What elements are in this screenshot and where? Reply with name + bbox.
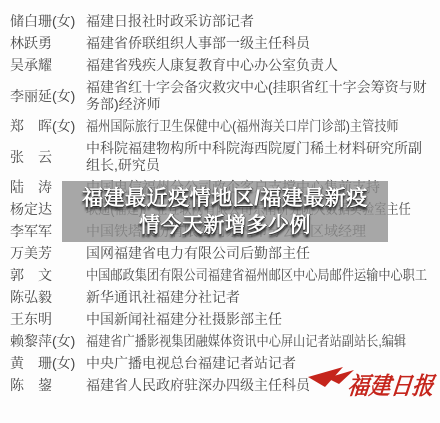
staff-name: 陈弘毅 — [10, 289, 86, 306]
staff-title: 中国邮政集团有限公司福建省福州邮区中心局邮件运输中心职工 — [86, 267, 440, 284]
staff-title: 福建省广播影视集团融媒体资讯中心屏山记者站副站长,编辑 — [86, 333, 440, 350]
staff-name: 储白珊(女) — [10, 13, 86, 30]
staff-title-text: 国网福建省电力有限公司后勤部主任 — [86, 245, 310, 261]
staff-title-text: 福建省残疾人康复教育中心办公室负责人 — [86, 57, 338, 73]
staff-title: 福建日报社时政采访部记者 — [86, 13, 434, 30]
staff-title: 中国新闻社福建分社摄影部主任 — [86, 311, 434, 328]
staff-title-text: 福州国际旅行卫生保健中心(福州海关口岸门诊部)主管技师 — [86, 118, 399, 135]
staff-name: 王东明 — [10, 311, 86, 328]
staff-row: 陈弘毅 新华通讯社福建分社记者 — [10, 289, 434, 306]
fujian-daily-logo: 福建日报 — [308, 364, 438, 404]
staff-title-text: 新华通讯社福建分社记者 — [86, 289, 240, 305]
staff-title: 新华通讯社福建分社记者 — [86, 289, 434, 306]
staff-title-text: 福建省广播影视集团融媒体资讯中心屏山记者站副站长,编辑 — [86, 333, 406, 350]
staff-title-text: 福建省人民政府驻深办四级主任科员 — [86, 377, 310, 393]
staff-name: 郭 文 — [10, 267, 86, 284]
staff-row: 王东明 中国新闻社福建分社摄影部主任 — [10, 311, 434, 328]
staff-name: 张 云 — [10, 149, 86, 166]
staff-title-text: 中科院福建物构所中科院海西院厦门稀土材料研究所副组长,研究员 — [86, 140, 422, 173]
staff-row: 郑 晖(女) 福州国际旅行卫生保健中心(福州海关口岸门诊部)主管技师 — [10, 118, 434, 135]
staff-title-text: 中国邮政集团有限公司福建省福州邮区中心局邮件运输中心职工 — [86, 267, 427, 284]
staff-name: 黄 珊(女) — [10, 355, 86, 372]
staff-title: 中科院福建物构所中科院海西院厦门稀土材料研究所副组长,研究员 — [86, 140, 434, 174]
staff-name: 李丽延(女) — [10, 88, 86, 105]
staff-row: 储白珊(女) 福建日报社时政采访部记者 — [10, 13, 434, 30]
staff-row: 吴承耀 福建省残疾人康复教育中心办公室负责人 — [10, 57, 434, 74]
staff-name: 林跃勇 — [10, 35, 86, 52]
staff-row: 赖黎萍(女) 福建省广播影视集团融媒体资讯中心屏山记者站副站长,编辑 — [10, 333, 434, 350]
overlay-title-text: 福建最近疫情地区/福建最新疫情今天新增多少例 — [75, 185, 375, 239]
staff-title: 福建省残疾人康复教育中心办公室负责人 — [86, 57, 434, 74]
staff-title-text: 中央广播电视总台福建记者站记者 — [86, 355, 296, 371]
staff-name: 吴承耀 — [10, 57, 86, 74]
staff-title-text: 中国新闻社福建分社摄影部主任 — [86, 311, 282, 327]
staff-title: 国网福建省电力有限公司后勤部主任 — [86, 245, 434, 262]
staff-title: 福州国际旅行卫生保健中心(福州海关口岸门诊部)主管技师 — [86, 118, 440, 135]
staff-row: 林跃勇 福建省侨联组织人事部一级主任科员 — [10, 35, 434, 52]
staff-title: 福建省侨联组织人事部一级主任科员 — [86, 35, 434, 52]
staff-row: 张 云 中科院福建物构所中科院海西院厦门稀土材料研究所副组长,研究员 — [10, 140, 434, 174]
staff-row: 李丽延(女) 福建省红十字会备灾救灾中心(挂职省红十字会筹资与财务部)经济师 — [10, 79, 434, 113]
staff-row: 郭 文 中国邮政集团有限公司福建省福州邮区中心局邮件运输中心职工 — [10, 267, 434, 284]
staff-title-text: 福建省红十字会备灾救灾中心(挂职省红十字会筹资与财务部)经济师 — [86, 79, 427, 112]
watermark-title-overlay: 福建最近疫情地区/福建最新疫情今天新增多少例 — [62, 181, 388, 242]
logo-text: 福建日报 — [346, 373, 437, 400]
staff-name: 赖黎萍(女) — [10, 333, 86, 350]
staff-name: 陈 鋆 — [10, 377, 86, 394]
staff-name: 郑 晖(女) — [10, 118, 86, 135]
staff-title-text: 福建日报社时政采访部记者 — [86, 13, 254, 29]
staff-name: 万美芳 — [10, 245, 86, 262]
staff-title: 福建省红十字会备灾救灾中心(挂职省红十字会筹资与财务部)经济师 — [86, 79, 434, 113]
staff-row: 万美芳 国网福建省电力有限公司后勤部主任 — [10, 245, 434, 262]
staff-title-text: 福建省侨联组织人事部一级主任科员 — [86, 35, 310, 51]
